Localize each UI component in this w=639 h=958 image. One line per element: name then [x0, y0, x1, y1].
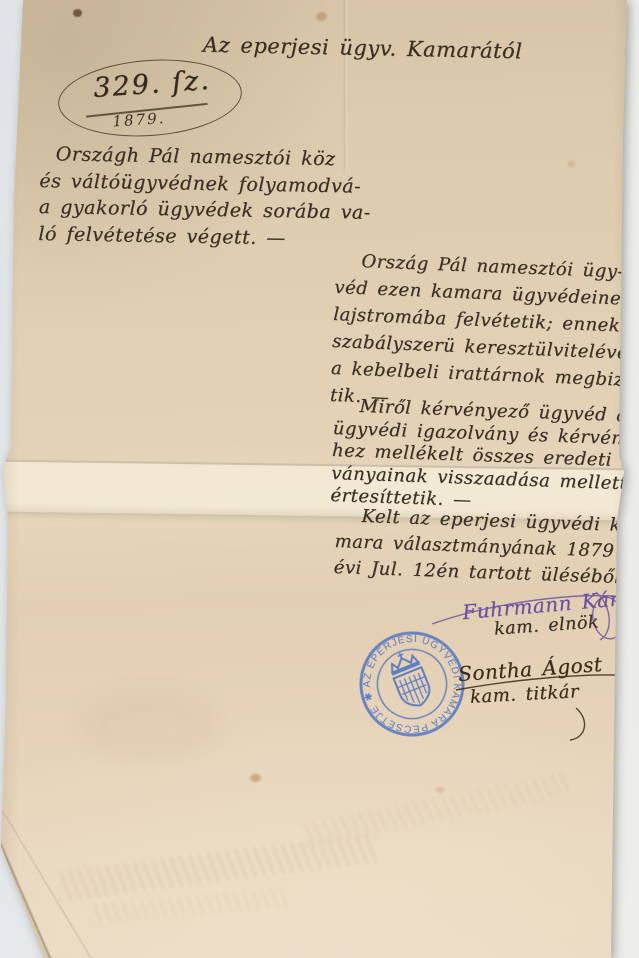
handwritten-line: tik. — [329, 382, 639, 421]
handwritten-line: lajstromába felvétetik; ennek [333, 301, 639, 340]
body-paragraph-1: Ország Pál namesztói ügy- véd ezen kamar… [329, 247, 639, 421]
handwritten-line: hez mellékelt összes eredeti bizonyít- [332, 440, 639, 475]
handwritten-line: Kelt az eperjesi ügyvédi ka- [335, 503, 639, 540]
signature-secretary-flourish [450, 668, 639, 743]
handwritten-line: a kebelbeli irattárnok megbiza- [331, 355, 639, 394]
signature-president-flourish [428, 582, 639, 648]
handwritten-line: értesíttetik. — [330, 485, 639, 520]
vertical-fold-crease [344, 0, 347, 172]
registry-number-underline [86, 103, 208, 118]
paper-stain [436, 787, 444, 793]
handwritten-line: Ország Pál namesztói ügy- [335, 247, 639, 286]
corner-fold-crease [0, 836, 51, 958]
stamp-ring-text: ✱ AZ EPERJESI ÜGYVÉDI KAMARA PECSÉTJE [347, 618, 479, 749]
ink-bleedthrough [57, 833, 378, 902]
signature-president-title: kam. elnök [493, 612, 599, 639]
coat-of-arms-icon [385, 647, 434, 711]
handwritten-line: ügyvédi igazolvány és kérvényé- [332, 417, 639, 452]
body-paragraph-2: Miről kérvényező ügyvéd az ügyvédi igazo… [330, 395, 639, 520]
paper-stain [80, 690, 220, 760]
paper-stain [316, 12, 327, 21]
handwritten-line: és váltóügyvédnek folyamodvá- [39, 167, 371, 199]
signature-secretary-name: Sontha Ágost [457, 652, 603, 686]
handwritten-line: véd ezen kamara ügyvédeinek [334, 274, 639, 313]
signature-president-name: Fuhrmann Károly [461, 584, 639, 624]
ink-bleedthrough [300, 772, 570, 847]
document-header: Az eperjesi ügyv. Kamarától [203, 33, 523, 64]
signature-secretary-title: kam. titkár [470, 681, 580, 708]
handwritten-line: ló felvétetése végett. — [38, 220, 370, 252]
paper-stain [568, 161, 575, 167]
registry-number: 329. ſz. [81, 64, 223, 105]
svg-text:✱ AZ EPERJESI ÜGYVÉDI KAMARA P: ✱ AZ EPERJESI ÜGYVÉDI KAMARA PECSÉTJE [347, 618, 479, 749]
chamber-seal-stamp: ✱ AZ EPERJESI ÜGYVÉDI KAMARA PECSÉTJE [321, 593, 503, 775]
paper-stain [250, 774, 261, 782]
handwritten-line: szabályszerü keresztülvitelével [332, 328, 639, 367]
registry-year: 1879. [112, 109, 166, 131]
handwritten-line: mara választmányának 1879 [334, 529, 638, 566]
document-paper: Az eperjesi ügyv. Kamarától 329. ſz. 187… [0, 0, 639, 958]
handwritten-line: évi Jul. 12én tartott üléséből [333, 555, 637, 592]
handwritten-line: ványainak visszaadása mellett [331, 462, 639, 497]
handwritten-line: a gyakorló ügyvédek sorába va- [39, 194, 371, 226]
handwritten-line: Országh Pál namesztói köz [40, 141, 372, 173]
ink-bleedthrough [90, 887, 291, 924]
horizontal-fold-band [0, 460, 639, 523]
folded-corner [0, 0, 639, 958]
body-paragraph-3: Kelt az eperjesi ügyvédi ka- mara válasz… [333, 503, 639, 592]
handwritten-line: Miről kérvényező ügyvéd az [333, 395, 639, 430]
registry-number-oval: 329. ſz. 1879. [56, 54, 245, 143]
document-photo: Az eperjesi ügyv. Kamarától 329. ſz. 187… [0, 0, 639, 958]
corner-fold-crease-faint [0, 798, 92, 958]
left-marginal-note: Országh Pál namesztói köz és váltóügyvéd… [38, 141, 372, 253]
paper-stain [73, 9, 82, 17]
photo-backdrop: Az eperjesi ügyv. Kamarától 329. ſz. 187… [0, 0, 639, 958]
